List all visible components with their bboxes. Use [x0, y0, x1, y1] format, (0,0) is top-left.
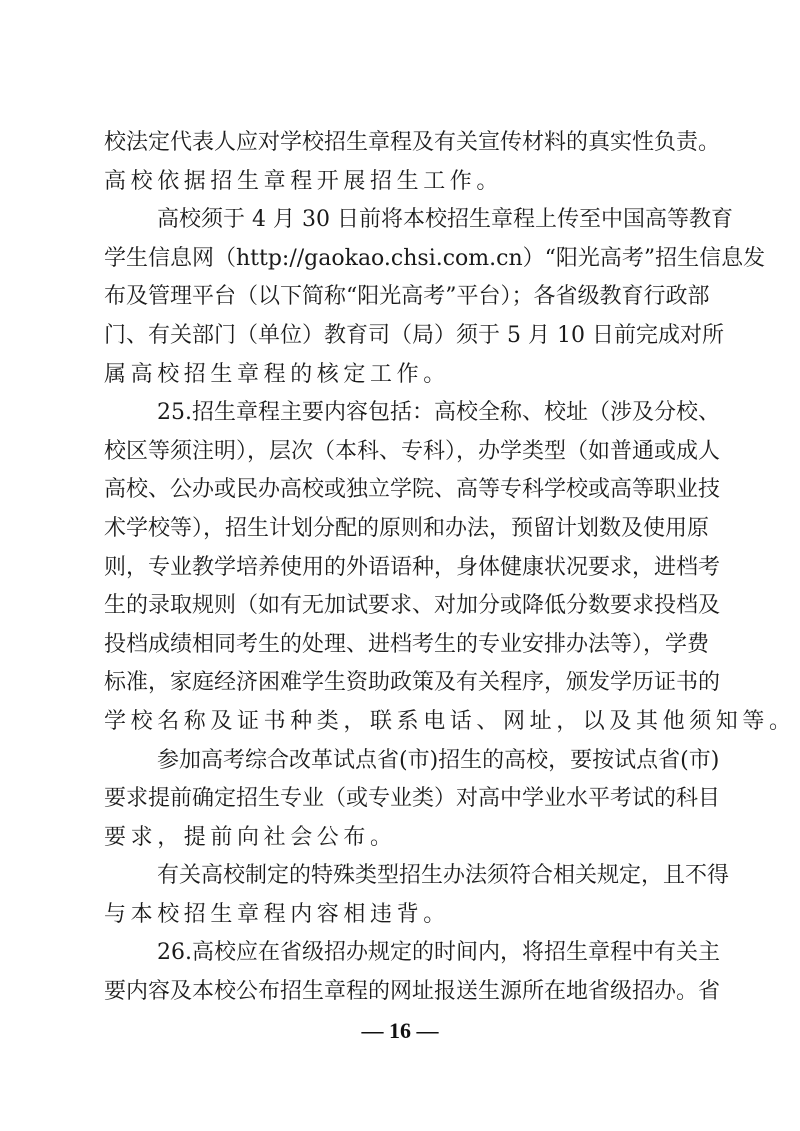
text-line: 布及管理平台（以下简称“阳光高考”平台）；各省级教育行政部	[104, 278, 698, 317]
text-line: 投档成绩相同考生的处理、进档考生的专业安排办法等），学费	[104, 626, 698, 665]
text-line: 高校依据招生章程开展招生工作。	[104, 163, 698, 202]
text-line: 学校名称及证书种类，联系电话、网址，以及其他须知等。	[104, 703, 698, 742]
text-line: 术学校等），招生计划分配的原则和办法，预留计划数及使用原	[104, 510, 698, 549]
paragraph-article-25: 25.招生章程主要内容包括：高校全称、校址（涉及分校、 校区等须注明），层次（本…	[104, 394, 698, 741]
text-line: 校法定代表人应对学校招生章程及有关宣传材料的真实性负责。	[104, 124, 698, 163]
text-line: 与本校招生章程内容相违背。	[104, 896, 698, 935]
paragraph-article-26: 26.高校应在省级招办规定的时间内，将招生章程中有关主 要内容及本校公布招生章程…	[104, 934, 698, 1011]
text-line: 属高校招生章程的核定工作。	[104, 356, 698, 395]
text-line: 参加高考综合改革试点省(市)招生的高校，要按试点省(市)	[104, 742, 698, 781]
page-number: — 16 —	[0, 1018, 800, 1044]
text-line: 25.招生章程主要内容包括：高校全称、校址（涉及分校、	[104, 394, 698, 433]
text-line: 校区等须注明），层次（本科、专科），办学类型（如普通或成人	[104, 433, 698, 472]
document-body: 校法定代表人应对学校招生章程及有关宣传材料的真实性负责。 高校依据招生章程开展招…	[104, 124, 698, 1012]
text-line-with-link: 学生信息网（http://gaokao.chsi.com.cn）“阳光高考”招生…	[104, 240, 698, 279]
text-line: 26.高校应在省级招办规定的时间内，将招生章程中有关主	[104, 934, 698, 973]
text-line: 要求提前确定招生专业（或专业类）对高中学业水平考试的科目	[104, 780, 698, 819]
text-line: 高校须于 4 月 30 日前将本校招生章程上传至中国高等教育	[104, 201, 698, 240]
text-line: 生的录取规则（如有无加试要求、对加分或降低分数要求投档及	[104, 587, 698, 626]
text-line: 有关高校制定的特殊类型招生办法须符合相关规定，且不得	[104, 857, 698, 896]
paragraph: 校法定代表人应对学校招生章程及有关宣传材料的真实性负责。 高校依据招生章程开展招…	[104, 124, 698, 201]
text-line: 则，专业教学培养使用的外语语种，身体健康状况要求，进档考	[104, 549, 698, 588]
paragraph: 有关高校制定的特殊类型招生办法须符合相关规定，且不得 与本校招生章程内容相违背。	[104, 857, 698, 934]
text-line: 标准，家庭经济困难学生资助政策及有关程序，颁发学历证书的	[104, 664, 698, 703]
text-line: 要内容及本校公布招生章程的网址报送生源所在地省级招办。省	[104, 973, 698, 1012]
paragraph: 参加高考综合改革试点省(市)招生的高校，要按试点省(市) 要求提前确定招生专业（…	[104, 742, 698, 858]
text-line: 门、有关部门（单位）教育司（局）须于 5 月 10 日前完成对所	[104, 317, 698, 356]
text-line: 高校、公办或民办高校或独立学院、高等专科学校或高等职业技	[104, 471, 698, 510]
text-line: 要求，提前向社会公布。	[104, 819, 698, 858]
paragraph: 高校须于 4 月 30 日前将本校招生章程上传至中国高等教育 学生信息网（htt…	[104, 201, 698, 394]
